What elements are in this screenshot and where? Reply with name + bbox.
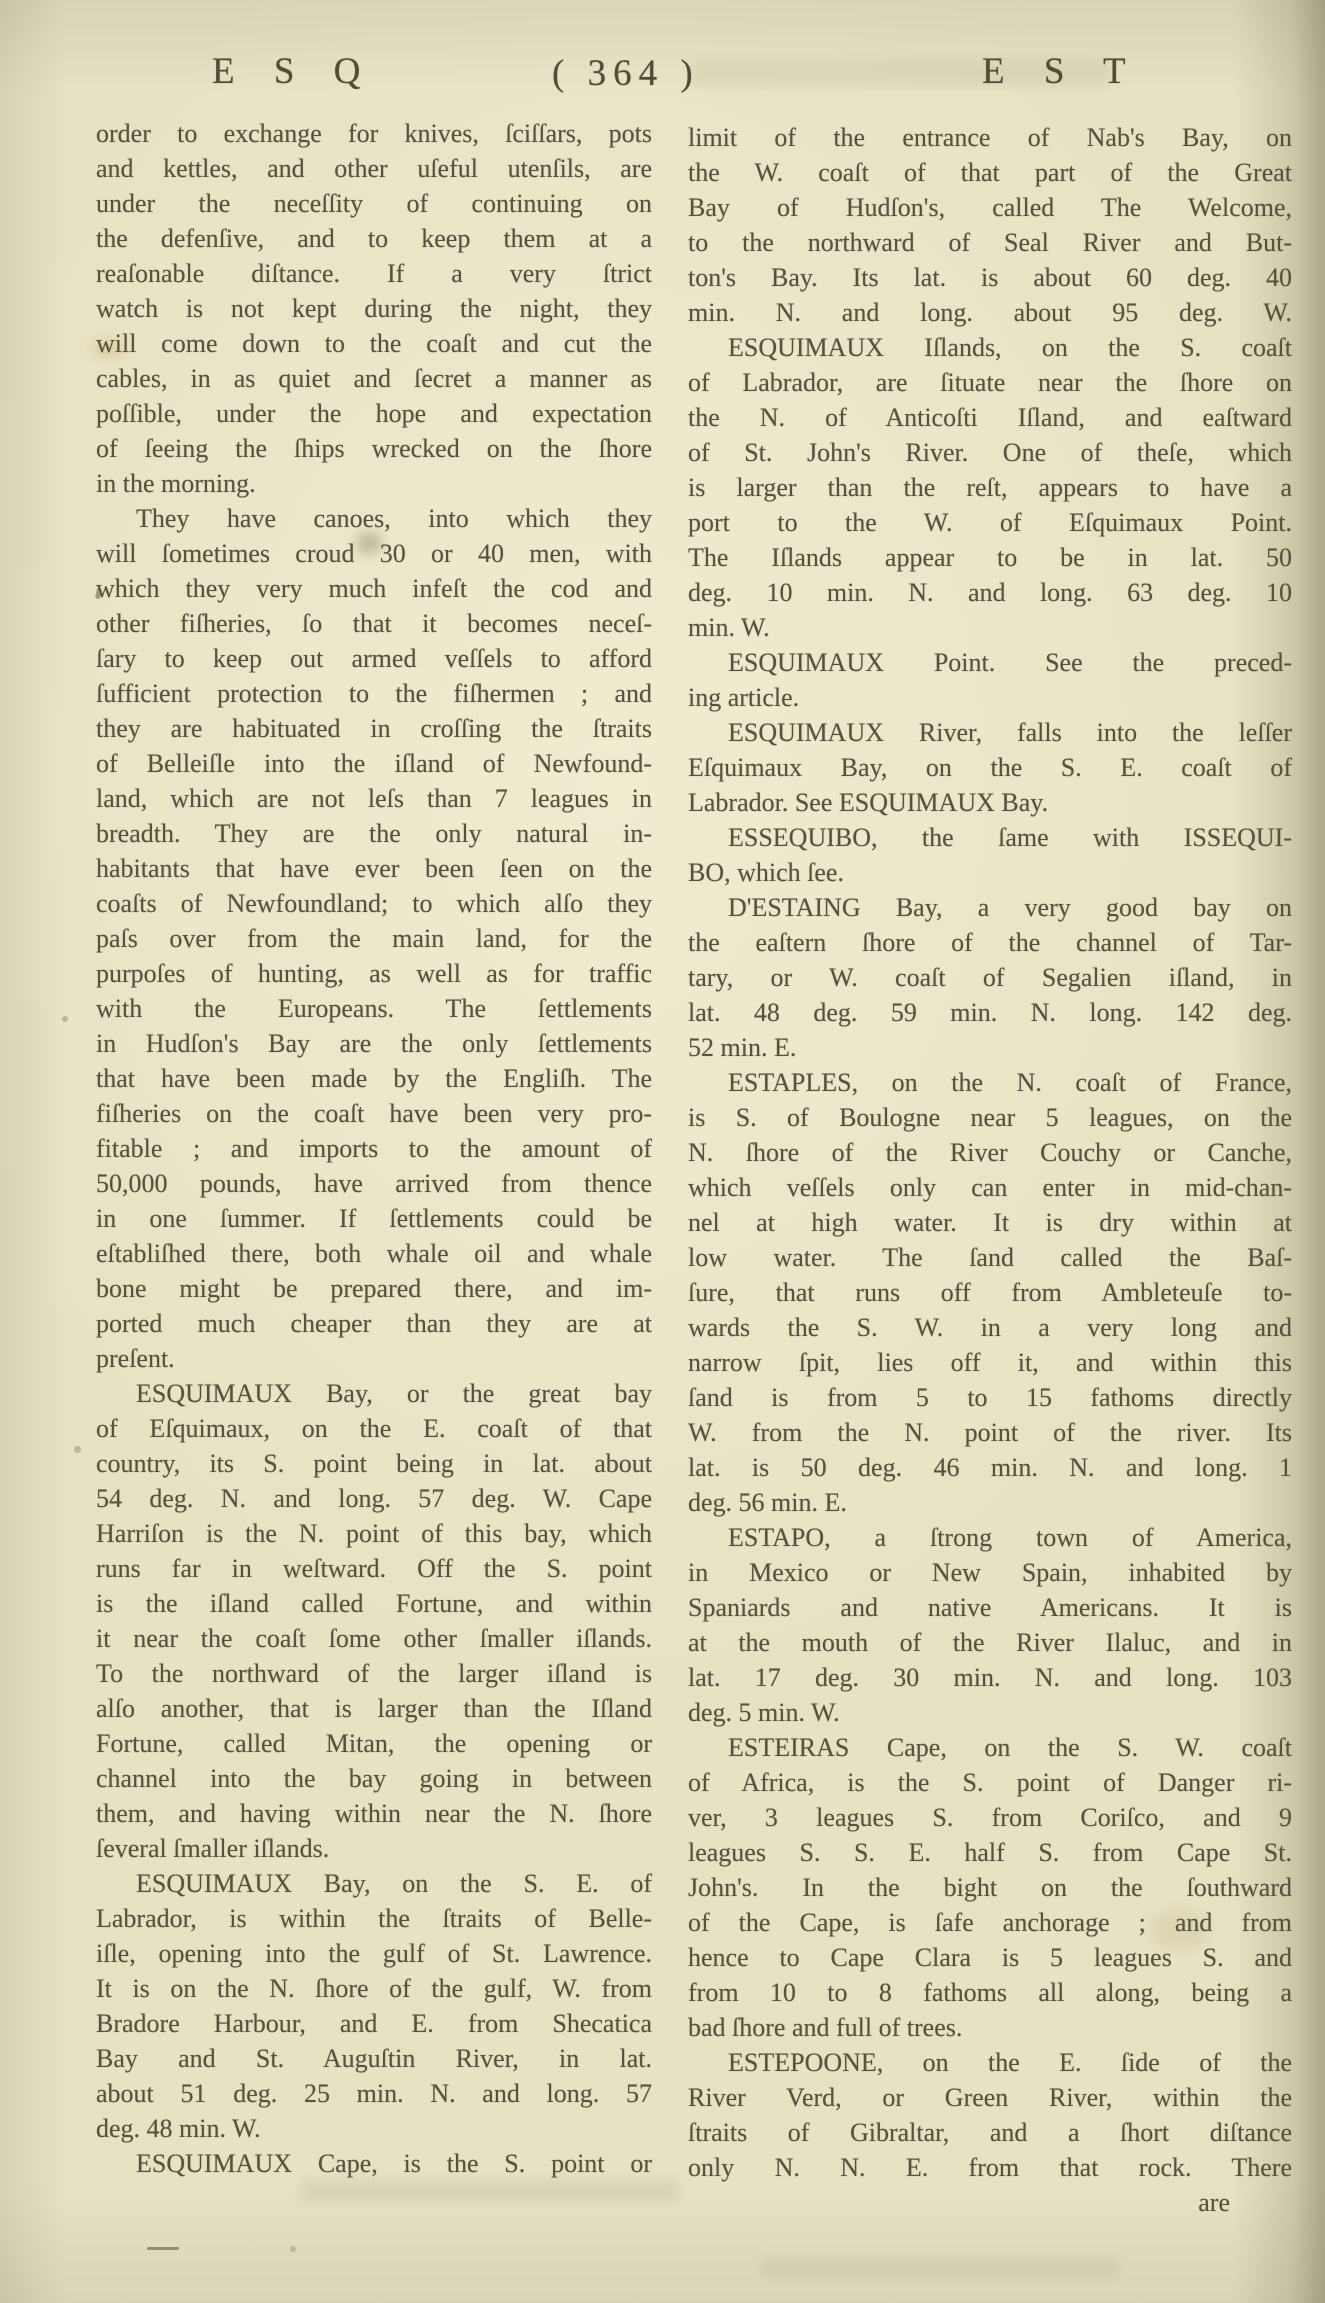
text-line: fitable ; and imports to the amount of bbox=[96, 1131, 652, 1166]
text-line: lat. 17 deg. 30 min. N. and long. 103 bbox=[688, 1660, 1292, 1695]
text-line: ing article. bbox=[688, 680, 1292, 715]
text-line: port to the W. of Eſquimaux Point. bbox=[688, 505, 1292, 540]
text-line: it near the coaſt ſome other ſmaller iſl… bbox=[96, 1621, 652, 1656]
text-line: ESQUIMAUX Bay, on the S. E. of bbox=[96, 1866, 652, 1901]
text-line: will come down to the coaſt and cut the bbox=[96, 326, 652, 361]
text-line: order to exchange for knives, ſciſſars, … bbox=[96, 116, 652, 151]
page-number: ( 364 ) bbox=[552, 52, 700, 95]
text-line: in Hudſon's Bay are the only ſettlements bbox=[96, 1026, 652, 1061]
text-line: is S. of Boulogne near 5 leagues, on the bbox=[688, 1100, 1292, 1135]
text-line: 50,000 pounds, have arrived from thence bbox=[96, 1166, 652, 1201]
text-line: ESTEPOONE, on the E. ſide of the bbox=[688, 2045, 1292, 2080]
text-line: Eſquimaux Bay, on the S. E. coaſt of bbox=[688, 750, 1292, 785]
text-line: 54 deg. N. and long. 57 deg. W. Cape bbox=[96, 1481, 652, 1516]
text-column-right: limit of the entrance of Nab's Bay, onth… bbox=[688, 120, 1292, 2220]
text-line: to the northward of Seal River and But- bbox=[688, 225, 1292, 260]
text-line: ported much cheaper than they are at bbox=[96, 1306, 652, 1341]
ink-speck bbox=[62, 1016, 68, 1022]
text-line: iſle, opening into the gulf of St. Lawre… bbox=[96, 1936, 652, 1971]
text-line: 52 min. E. bbox=[688, 1030, 1292, 1065]
running-title-right: E S T bbox=[982, 50, 1141, 93]
text-line: ſure, that runs off from Ambleteuſe to- bbox=[688, 1275, 1292, 1310]
entry-esquimaux-bay-great: ESQUIMAUX Bay, or the great bayof Eſquim… bbox=[96, 1376, 652, 1866]
text-line: reaſonable diſtance. If a very ſtrict bbox=[96, 256, 652, 291]
text-line: deg. 48 min. W. bbox=[96, 2111, 652, 2146]
text-line: watch is not kept during the night, they bbox=[96, 291, 652, 326]
text-line: Labrador. See ESQUIMAUX Bay. bbox=[688, 785, 1292, 820]
text-line: habitants that have ever been ſeen on th… bbox=[96, 851, 652, 886]
text-line: at the mouth of the River Ilaluc, and in bbox=[688, 1625, 1292, 1660]
text-line: ver, 3 leagues S. from Coriſco, and 9 bbox=[688, 1800, 1292, 1835]
text-line: Bay and St. Auguſtin River, in lat. bbox=[96, 2041, 652, 2076]
text-line: deg. 10 min. N. and long. 63 deg. 10 bbox=[688, 575, 1292, 610]
text-line: ton's Bay. Its lat. is about 60 deg. 40 bbox=[688, 260, 1292, 295]
text-line: ſary to keep out armed veſſels to afford bbox=[96, 641, 652, 676]
text-line: Spaniards and native Americans. It is bbox=[688, 1590, 1292, 1625]
text-line: ESQUIMAUX River, falls into the leſſer bbox=[688, 715, 1292, 750]
text-line: about 51 deg. 25 min. N. and long. 57 bbox=[96, 2076, 652, 2111]
text-line: the W. coaſt of that part of the Great bbox=[688, 155, 1292, 190]
ink-speck bbox=[290, 2246, 296, 2252]
text-line: Bay of Hudſon's, called The Welcome, bbox=[688, 190, 1292, 225]
text-line: narrow ſpit, lies off it, and within thi… bbox=[688, 1345, 1292, 1380]
text-line: and kettles, and other uſeful utenſils, … bbox=[96, 151, 652, 186]
text-line: the defenſive, and to keep them at a bbox=[96, 221, 652, 256]
paragraph: They have canoes, into which theywill ſo… bbox=[96, 501, 652, 1376]
text-line: is larger than the reſt, appears to have… bbox=[688, 470, 1292, 505]
text-line: hence to Cape Clara is 5 leagues S. and bbox=[688, 1940, 1292, 1975]
text-line: min. W. bbox=[688, 610, 1292, 645]
text-line: wards the S. W. in a very long and bbox=[688, 1310, 1292, 1345]
text-line: To the northward of the larger iſland is bbox=[96, 1656, 652, 1691]
text-line: eſtabliſhed there, both whale oil and wh… bbox=[96, 1236, 652, 1271]
text-line: The Iſlands appear to be in lat. 50 bbox=[688, 540, 1292, 575]
text-line: tary, or W. coaſt of Segalien iſland, in bbox=[688, 960, 1292, 995]
text-line: they are habituated in croſſing the ſtra… bbox=[96, 711, 652, 746]
text-line: ESQUIMAUX Cape, is the S. point or bbox=[96, 2146, 652, 2181]
book-page-scan: E S Q ( 364 ) E S T order to exchange fo… bbox=[0, 0, 1325, 2303]
text-line: in the morning. bbox=[96, 466, 652, 501]
entry-esteiras-cape: ESTEIRAS Cape, on the S. W. coaſtof Afri… bbox=[688, 1730, 1292, 2045]
text-line: poſſible, under the hope and expectation bbox=[96, 396, 652, 431]
text-line: lat. is 50 deg. 46 min. N. and long. 1 bbox=[688, 1450, 1292, 1485]
entry-esquimaux-cape: ESQUIMAUX Cape, is the S. point or bbox=[96, 2146, 652, 2181]
text-line: leagues S. S. E. half S. from Cape St. bbox=[688, 1835, 1292, 1870]
text-line: ESTEIRAS Cape, on the S. W. coaſt bbox=[688, 1730, 1292, 1765]
paragraph-continuation: limit of the entrance of Nab's Bay, onth… bbox=[688, 120, 1292, 330]
stray-ink-dash bbox=[147, 2247, 179, 2250]
text-line: country, its S. point being in lat. abou… bbox=[96, 1446, 652, 1481]
text-line: low water. The ſand called the Baſ- bbox=[688, 1240, 1292, 1275]
text-column-left: order to exchange for knives, ſciſſars, … bbox=[96, 116, 652, 2181]
entry-essequibo: ESSEQUIBO, the ſame with ISSEQUI-BO, whi… bbox=[688, 820, 1292, 890]
text-line: Harriſon is the N. point of this bay, wh… bbox=[96, 1516, 652, 1551]
text-line: River Verd, or Green River, within the bbox=[688, 2080, 1292, 2115]
text-line: of Eſquimaux, on the E. coaſt of that bbox=[96, 1411, 652, 1446]
text-line: which they very much infeſt the cod and bbox=[96, 571, 652, 606]
text-line: nel at high water. It is dry within at bbox=[688, 1205, 1292, 1240]
paragraph-continuation: order to exchange for knives, ſciſſars, … bbox=[96, 116, 652, 501]
text-line: them, and having within near the N. ſhor… bbox=[96, 1796, 652, 1831]
text-line: lat. 48 deg. 59 min. N. long. 142 deg. bbox=[688, 995, 1292, 1030]
text-line: that have been made by the Engliſh. The bbox=[96, 1061, 652, 1096]
entry-esquimaux-river: ESQUIMAUX River, falls into the leſſerEſ… bbox=[688, 715, 1292, 820]
text-line: land, which are not leſs than 7 leagues … bbox=[96, 781, 652, 816]
text-line: channel into the bay going in between bbox=[96, 1761, 652, 1796]
text-line: deg. 5 min. W. bbox=[688, 1695, 1292, 1730]
text-line: ESQUIMAUX Point. See the preced- bbox=[688, 645, 1292, 680]
show-through-stain bbox=[760, 2258, 1120, 2278]
text-line: with the Europeans. The ſettlements bbox=[96, 991, 652, 1026]
text-line: runs far in weſtward. Off the S. point bbox=[96, 1551, 652, 1586]
text-line: BO, which ſee. bbox=[688, 855, 1292, 890]
running-title-left: E S Q bbox=[212, 50, 375, 93]
text-line: purpoſes of hunting, as well as for traf… bbox=[96, 956, 652, 991]
entry-estepoone: ESTEPOONE, on the E. ſide of theRiver Ve… bbox=[688, 2045, 1292, 2185]
text-line: of the Cape, is ſafe anchorage ; and fro… bbox=[688, 1905, 1292, 1940]
text-line: ESQUIMAUX Bay, or the great bay bbox=[96, 1376, 652, 1411]
text-line: W. from the N. point of the river. Its bbox=[688, 1415, 1292, 1450]
text-line: in Mexico or New Spain, inhabited by bbox=[688, 1555, 1292, 1590]
text-line: D'ESTAING Bay, a very good bay on bbox=[688, 890, 1292, 925]
text-line: coaſts of Newfoundland; to which alſo th… bbox=[96, 886, 652, 921]
text-line: ESQUIMAUX Iſlands, on the S. coaſt bbox=[688, 330, 1292, 365]
entry-esquimaux-islands: ESQUIMAUX Iſlands, on the S. coaſtof Lab… bbox=[688, 330, 1292, 645]
text-line: the N. of Anticoſti Iſland, and eaſtward bbox=[688, 400, 1292, 435]
text-line: Bradore Harbour, and E. from Shecatica bbox=[96, 2006, 652, 2041]
text-line: of Labrador, are ſituate near the ſhore … bbox=[688, 365, 1292, 400]
text-line: N. ſhore of the River Couchy or Canche, bbox=[688, 1135, 1292, 1170]
entry-esquimaux-point: ESQUIMAUX Point. See the preced-ing arti… bbox=[688, 645, 1292, 715]
text-line: the eaſtern ſhore of the channel of Tar- bbox=[688, 925, 1292, 960]
entry-destaing-bay: D'ESTAING Bay, a very good bay onthe eaſ… bbox=[688, 890, 1292, 1065]
text-line: ſtraits of Gibraltar, and a ſhort diſtan… bbox=[688, 2115, 1292, 2150]
text-line: John's. In the bight on the ſouthward bbox=[688, 1870, 1292, 1905]
text-line: only N. N. E. from that rock. There bbox=[688, 2150, 1292, 2185]
text-line: ſeveral ſmaller iſlands. bbox=[96, 1831, 652, 1866]
entry-estaples: ESTAPLES, on the N. coaſt of France,is S… bbox=[688, 1065, 1292, 1520]
text-line: of Belleiſle into the iſland of Newfound… bbox=[96, 746, 652, 781]
ink-speck bbox=[74, 1446, 81, 1453]
text-line: limit of the entrance of Nab's Bay, on bbox=[688, 120, 1292, 155]
text-line: of ſeeing the ſhips wrecked on the ſhore bbox=[96, 431, 652, 466]
text-line: bone might be prepared there, and im- bbox=[96, 1271, 652, 1306]
text-line: of Africa, is the S. point of Danger ri- bbox=[688, 1765, 1292, 1800]
text-line: deg. 56 min. E. bbox=[688, 1485, 1292, 1520]
entry-estapo: ESTAPO, a ſtrong town of America,in Mexi… bbox=[688, 1520, 1292, 1730]
text-line: breadth. They are the only natural in- bbox=[96, 816, 652, 851]
text-line: bad ſhore and full of trees. bbox=[688, 2010, 1292, 2045]
text-line: other fiſheries, ſo that it becomes nece… bbox=[96, 606, 652, 641]
text-line: cables, in as quiet and ſecret a manner … bbox=[96, 361, 652, 396]
show-through-stain bbox=[300, 2180, 680, 2202]
entry-esquimaux-bay-se: ESQUIMAUX Bay, on the S. E. ofLabrador, … bbox=[96, 1866, 652, 2146]
text-line: preſent. bbox=[96, 1341, 652, 1376]
text-line: is the iſland called Fortune, and within bbox=[96, 1586, 652, 1621]
text-line: ESTAPO, a ſtrong town of America, bbox=[688, 1520, 1292, 1555]
text-line: ſand is from 5 to 15 fathoms directly bbox=[688, 1380, 1292, 1415]
text-line: alſo another, that is larger than the Iſ… bbox=[96, 1691, 652, 1726]
text-line: fiſheries on the coaſt have been very pr… bbox=[96, 1096, 652, 1131]
text-line: from 10 to 8 fathoms all along, being a bbox=[688, 1975, 1292, 2010]
text-line: ESTAPLES, on the N. coaſt of France, bbox=[688, 1065, 1292, 1100]
text-line: ſufficient protection to the fiſhermen ;… bbox=[96, 676, 652, 711]
text-line: under the neceſſity of continuing on bbox=[96, 186, 652, 221]
text-line: in one ſummer. If ſettlements could be bbox=[96, 1201, 652, 1236]
catchword: are bbox=[688, 2185, 1292, 2220]
text-line: min. N. and long. about 95 deg. W. bbox=[688, 295, 1292, 330]
text-line: ESSEQUIBO, the ſame with ISSEQUI- bbox=[688, 820, 1292, 855]
text-line: will ſometimes croud 30 or 40 men, with bbox=[96, 536, 652, 571]
text-line: which veſſels only can enter in mid-chan… bbox=[688, 1170, 1292, 1205]
text-line: They have canoes, into which they bbox=[96, 501, 652, 536]
text-line: paſs over from the main land, for the bbox=[96, 921, 652, 956]
text-line: Labrador, is within the ſtraits of Belle… bbox=[96, 1901, 652, 1936]
text-line: Fortune, called Mitan, the opening or bbox=[96, 1726, 652, 1761]
text-line: It is on the N. ſhore of the gulf, W. fr… bbox=[96, 1971, 652, 2006]
text-line: of St. John's River. One of theſe, which bbox=[688, 435, 1292, 470]
